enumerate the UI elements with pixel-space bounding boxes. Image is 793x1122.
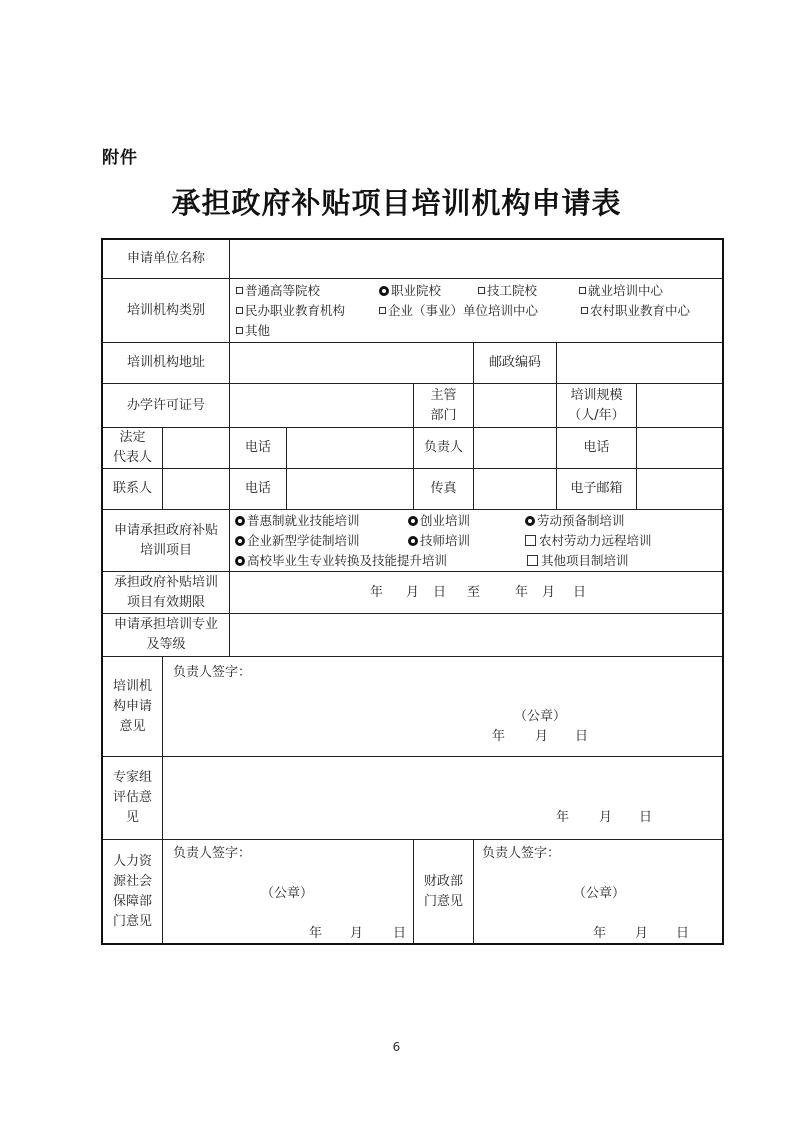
attachment-label: 附件 [102,143,138,168]
selected-circle-icon [525,516,535,526]
projects-label: 申请承担政府补贴 培训项目 [103,510,230,572]
legal-rep-phone-field[interactable] [287,428,414,469]
institution-type-option[interactable]: 技工院校 [478,281,579,301]
institution-type-option[interactable]: 企业（事业）单位培训中心 [379,301,581,321]
day-label: 日 [393,924,406,944]
finance-opinion-label: 财政部 门意见 [414,840,474,943]
year-label: 年 [492,727,505,747]
institution-type-row-2: 民办职业教育机构 企业（事业）单位培训中心 农村职业教育中心 [236,301,690,321]
applicant-name-field[interactable] [230,240,722,279]
contact-field[interactable] [163,469,230,510]
sign-label: 负责人签字： [173,844,251,864]
institution-type-option[interactable]: 就业培训中心 [579,281,663,301]
person-in-charge-phone-field[interactable] [637,428,722,469]
end-year: 年 [515,583,528,603]
selected-circle-icon [379,286,389,296]
day-label: 日 [575,727,588,747]
checkbox-icon [379,307,386,314]
finance-opinion-field[interactable]: 负责人签字： （公章） 年 月 日 [474,840,722,943]
checkbox-icon [236,307,243,314]
legal-rep-field[interactable] [163,428,230,469]
projects-options: 普惠制就业技能培训 创业培训 劳动预备制培训 企业新型学徒制培训 技师培训 农村… [230,510,722,572]
person-in-charge-label: 负责人 [414,428,474,469]
month-label: 月 [635,924,648,944]
checkbox-icon [478,287,485,294]
month-label: 月 [535,727,548,747]
day-label: 日 [639,808,652,828]
postcode-label: 邮政编码 [474,343,557,384]
hrss-opinion-label: 人力资 源社会 保障部 门意见 [103,840,163,943]
page-number: 6 [0,1040,793,1054]
institution-opinion-label: 培训机 构申请 意见 [103,657,163,757]
address-label: 培训机构地址 [103,343,230,384]
majors-label: 申请承担培训专业 及等级 [103,614,230,657]
end-month: 月 [542,583,555,603]
validity-field[interactable]: 年 月 日 至 年 月 日 [230,572,722,614]
legal-rep-phone-label: 电话 [230,428,287,469]
validity-label: 承担政府补贴培训 项目有效期限 [103,572,230,614]
expert-opinion-field[interactable]: 年 月 日 [163,757,722,840]
day-label: 日 [676,924,689,944]
contact-phone-field[interactable] [287,469,414,510]
institution-type-row-3: 其他 [236,321,270,341]
checkbox-icon [579,287,586,294]
institution-type-label: 培训机构类别 [103,279,230,343]
checkbox-icon [525,535,536,546]
project-option[interactable]: 其他项目制培训 [527,551,629,571]
month-label: 月 [599,808,612,828]
selected-circle-icon [235,536,245,546]
institution-type-options: 普通高等院校 职业院校 技工院校 就业培训中心 民办职业教育机构 企业（事业）单… [230,279,722,343]
institution-type-option[interactable]: 农村职业教育中心 [581,301,690,321]
checkbox-icon [236,287,243,294]
seal-label: （公章） [261,884,313,904]
projects-row-1: 普惠制就业技能培训 创业培训 劳动预备制培训 [235,511,625,531]
email-label: 电子邮箱 [557,469,637,510]
supervisor-dept-field[interactable] [474,384,557,428]
checkbox-icon [236,327,243,334]
license-field[interactable] [230,384,414,428]
project-option-selected[interactable]: 创业培训 [408,511,525,531]
start-year: 年 [370,583,383,603]
selected-circle-icon [235,556,245,566]
projects-row-2: 企业新型学徒制培训 技师培训 农村劳动力远程培训 [235,531,652,551]
start-month: 月 [406,583,419,603]
checkbox-icon [581,307,588,314]
project-option-selected[interactable]: 劳动预备制培训 [525,511,625,531]
fax-field[interactable] [474,469,557,510]
expert-opinion-label: 专家组 评估意 见 [103,757,163,840]
project-option-selected[interactable]: 企业新型学徒制培训 [235,531,408,551]
institution-type-option[interactable]: 民办职业教育机构 [236,301,379,321]
hrss-opinion-field[interactable]: 负责人签字： （公章） 年 月 日 [163,840,414,943]
project-option-selected[interactable]: 普惠制就业技能培训 [235,511,408,531]
year-label: 年 [556,808,569,828]
legal-rep-label: 法定 代表人 [103,428,163,469]
person-in-charge-phone-label: 电话 [557,428,637,469]
checkbox-icon [527,555,538,566]
training-scale-field[interactable] [637,384,722,428]
application-form: 申请单位名称 培训机构类别 普通高等院校 职业院校 技工院校 就业培训中心 民办… [101,238,724,945]
to-label: 至 [467,583,480,603]
address-field[interactable] [230,343,474,384]
fax-label: 传真 [414,469,474,510]
selected-circle-icon [408,516,418,526]
month-label: 月 [350,924,363,944]
contact-phone-label: 电话 [230,469,287,510]
sign-label: 负责人签字： [173,663,251,683]
person-in-charge-field[interactable] [474,428,557,469]
training-scale-label: 培训规模 （人/年） [557,384,637,428]
selected-circle-icon [235,516,245,526]
project-option[interactable]: 农村劳动力远程培训 [525,531,652,551]
institution-opinion-field[interactable]: 负责人签字： （公章） 年 月 日 [163,657,722,757]
institution-type-option[interactable]: 其他 [236,321,270,341]
year-label: 年 [309,924,322,944]
license-label: 办学许可证号 [103,384,230,428]
majors-field[interactable] [230,614,722,657]
form-title: 承担政府补贴项目培训机构申请表 [0,181,793,222]
project-option-selected[interactable]: 技师培训 [408,531,525,551]
institution-type-option[interactable]: 普通高等院校 [236,281,379,301]
selected-circle-icon [408,536,418,546]
applicant-name-label: 申请单位名称 [103,240,230,279]
year-label: 年 [593,924,606,944]
projects-row-3: 高校毕业生专业转换及技能提升培训 其他项目制培训 [235,551,629,571]
project-option-selected[interactable]: 高校毕业生专业转换及技能提升培训 [235,551,527,571]
sign-label: 负责人签字： [482,844,560,864]
email-field[interactable] [637,469,722,510]
contact-label: 联系人 [103,469,163,510]
postcode-field[interactable] [557,343,722,384]
end-day: 日 [573,583,586,603]
institution-type-row-1: 普通高等院校 职业院校 技工院校 就业培训中心 [236,281,663,301]
start-day: 日 [433,583,446,603]
seal-label: （公章） [514,707,566,727]
institution-type-option-selected[interactable]: 职业院校 [379,281,478,301]
supervisor-dept-label: 主管 部门 [414,384,474,428]
seal-label: （公章） [573,884,625,904]
